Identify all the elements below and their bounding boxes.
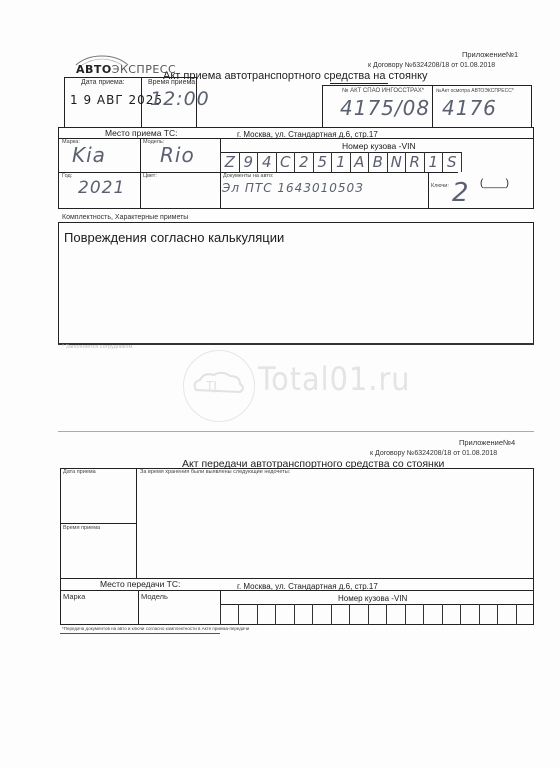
- docs-value: Эл ПТС 164301050З: [222, 181, 364, 195]
- act1-appendix: Приложение№1: [462, 50, 518, 59]
- return-time-label: Время приема: [63, 525, 100, 531]
- keys-value: 2: [452, 178, 470, 208]
- date-label: Дата приема:: [81, 79, 125, 86]
- vin-char-cell: 1: [331, 152, 350, 172]
- vin-char-cell: [460, 604, 478, 625]
- vin-char-cell: [275, 604, 293, 625]
- vin-char-cell: [479, 604, 497, 625]
- inspection-act-label: №Акт осмотра АВТОЭКСПРЕСС*: [436, 88, 514, 94]
- vin-char-cell: [220, 604, 238, 625]
- vin-char-cell: Z: [220, 152, 239, 172]
- vin-char-cell: [423, 604, 441, 625]
- svg-text:TJ: TJ: [205, 379, 217, 393]
- vin-cells: Z94C251ABNR1S: [220, 152, 460, 172]
- return-date-label: Дата приема: [63, 469, 96, 475]
- vin-char-cell: [368, 604, 386, 625]
- vin-char-cell: 9: [239, 152, 258, 172]
- vin-char-cell: [516, 604, 534, 625]
- inspection-act-value: 4176: [442, 96, 497, 120]
- docs-label: Документы на авто:: [223, 173, 273, 179]
- ingos-act-value: 4175/08: [340, 96, 430, 120]
- return-place-label: Место передачи ТС:: [100, 579, 180, 589]
- return-vin-label: Номер кузова -VIN: [338, 594, 407, 603]
- vin-char-cell: A: [350, 152, 369, 172]
- vin-char-cell: 2: [294, 152, 313, 172]
- vin-char-cell: [405, 604, 423, 625]
- vin-char-cell: [331, 604, 349, 625]
- vin-char-cell: [442, 604, 460, 625]
- vin-char-cell: [294, 604, 312, 625]
- equipment-label: Комплектность, Характерные приметы: [62, 214, 188, 221]
- vin-char-cell: 1: [424, 152, 443, 172]
- return-model-label: Модель: [141, 592, 168, 601]
- vin-char-cell: S: [442, 152, 461, 172]
- equipment-value: Повреждения согласно калькуляции: [64, 230, 284, 245]
- brand-value: Kia: [72, 143, 106, 167]
- time-label: Время приема: [148, 79, 195, 86]
- return-vin-cells: [220, 604, 534, 625]
- vin-char-cell: [386, 604, 404, 625]
- ingos-act-label: № АКТ СПАО ИНГОССТРАХ*: [342, 88, 424, 94]
- year-label: Год:: [62, 173, 72, 179]
- act4-contract: к Договору №6324208/18 от 01.08.2018: [370, 450, 497, 457]
- act4-footnote: *Передача документов на авто и ключи сог…: [62, 626, 249, 631]
- vin-char-cell: 5: [313, 152, 332, 172]
- vin-char-cell: [349, 604, 367, 625]
- vin-char-cell: [257, 604, 275, 625]
- act1-title: Акт приема автотранспортного средства на…: [163, 70, 428, 82]
- year-value: 2021: [78, 178, 125, 198]
- keys-label: Ключи:: [431, 183, 449, 189]
- avtoexpress-logo: АВТОЭКСПРЕСС: [76, 63, 176, 76]
- vin-char-cell: 4: [257, 152, 276, 172]
- vin-char-cell: N: [387, 152, 406, 172]
- vin-char-cell: [312, 604, 330, 625]
- model-value: Rio: [160, 143, 195, 167]
- vin-char-cell: C: [276, 152, 295, 172]
- return-brand-label: Марка: [63, 592, 85, 601]
- defects-label: За время хранения были выявлены следующи…: [140, 469, 290, 475]
- vin-char-cell: [497, 604, 515, 625]
- vin-redaction: [462, 152, 533, 174]
- vin-char-cell: B: [368, 152, 387, 172]
- watermark-text: Total01.ru: [258, 360, 411, 398]
- act1-contract: к Договору №6324208/18 от 01.08.2018: [368, 62, 495, 69]
- act4-appendix: Приложение№4: [459, 438, 515, 447]
- act1-footnote: * Заполняется сотрудником: [62, 344, 132, 350]
- color-label: Цвет:: [143, 173, 157, 179]
- place-label: Место приема ТС:: [105, 128, 177, 138]
- vin-label: Номер кузова -VIN: [342, 141, 416, 151]
- car-cloud-icon: TJ: [190, 368, 250, 403]
- time-value: 12:00: [150, 88, 210, 110]
- vin-char-cell: R: [405, 152, 424, 172]
- vin-char-cell: [238, 604, 256, 625]
- keys-extra: (____): [480, 178, 509, 189]
